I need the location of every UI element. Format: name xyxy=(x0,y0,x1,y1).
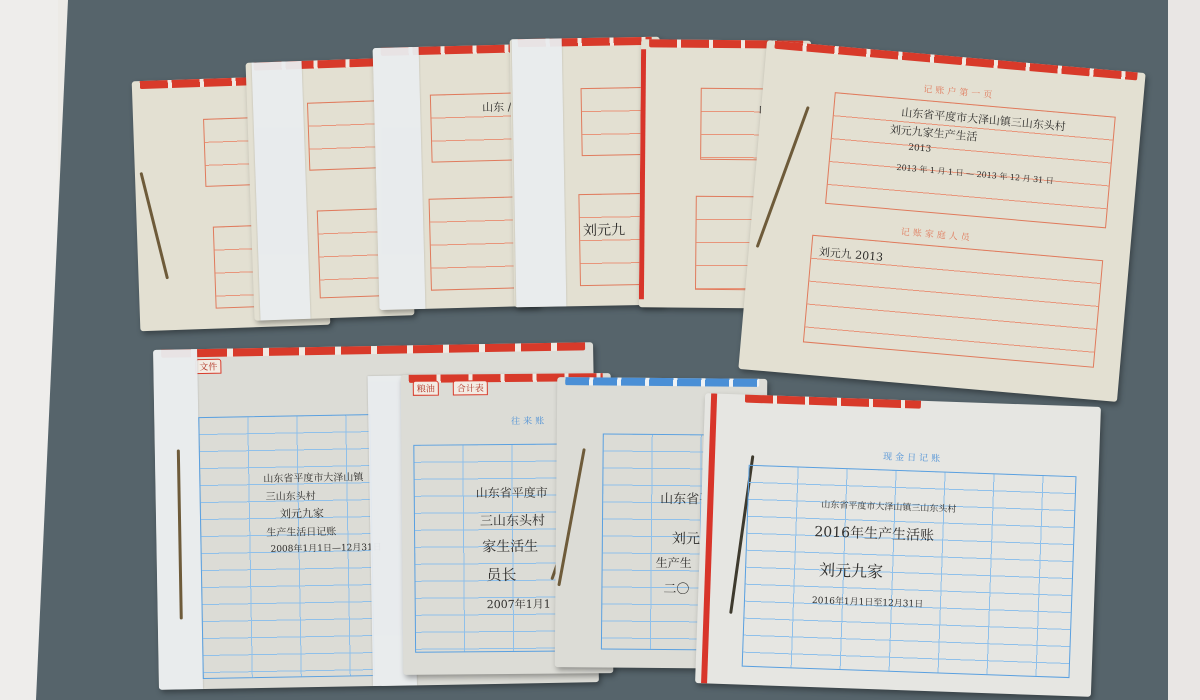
handwritten-line-3: 刘元九家 xyxy=(819,557,884,582)
handwritten-line-4: 二〇 xyxy=(663,578,689,597)
section-tab: 文件 xyxy=(195,359,221,374)
handwritten-line-3: 家生活生 xyxy=(482,536,538,556)
handwritten-line-2: 三山东头村 xyxy=(265,487,315,503)
book-tabs xyxy=(565,377,759,387)
handwritten-line-3: 刘元九家 xyxy=(280,505,324,522)
handwritten-line-5: 2007年1月1 xyxy=(487,596,551,613)
form-header-caption: 记账户第一页 xyxy=(923,82,996,101)
red-spine xyxy=(701,393,717,683)
repair-tape xyxy=(512,38,567,307)
handwritten-line-4: 员长 xyxy=(486,564,516,585)
handwritten-line-1: 山东省平度市 xyxy=(476,484,548,502)
red-spine xyxy=(639,49,646,299)
account-book-10: 现金日记账 山东省平度市大泽山镇三山东头村 2016年生产生活账 刘元九家 20… xyxy=(695,393,1101,697)
ledger-caption: 现金日记账 xyxy=(883,449,943,464)
handwritten-line-3: 生产生 xyxy=(656,554,692,571)
photo-right-margin xyxy=(1168,0,1200,700)
repair-tape xyxy=(252,61,311,321)
handwritten-line-5: 2008年1月1日—12月31日 xyxy=(270,540,381,555)
handwritten-line-3: 2013 xyxy=(908,143,932,155)
handwritten-line-1: 山东省平度市大泽山镇 xyxy=(263,468,363,485)
handwritten-line-4: 生产生活日记账 xyxy=(266,523,336,539)
ledger-grid xyxy=(742,465,1077,678)
members-caption: 记账家庭人员 xyxy=(900,224,973,243)
binding-string xyxy=(139,172,169,279)
account-book-6: 记账户第一页 山东省平度市大泽山镇三山东头村 刘元九家生产生活 2013 201… xyxy=(738,40,1145,402)
handwritten-line-2: 2016年生产生活账 xyxy=(814,521,934,545)
handwritten-name: 刘元九 xyxy=(583,219,625,240)
repair-tape xyxy=(373,47,426,310)
handwritten-line-2: 刘元 xyxy=(672,528,700,548)
summary-tab: 合计表 xyxy=(453,380,488,395)
ledger-caption: 往来账 xyxy=(511,414,547,427)
binding-string xyxy=(756,106,810,248)
handwritten-line-2: 三山东头村 xyxy=(480,510,545,530)
binding-string xyxy=(557,448,585,586)
grain-tab: 粮油 xyxy=(413,381,439,396)
